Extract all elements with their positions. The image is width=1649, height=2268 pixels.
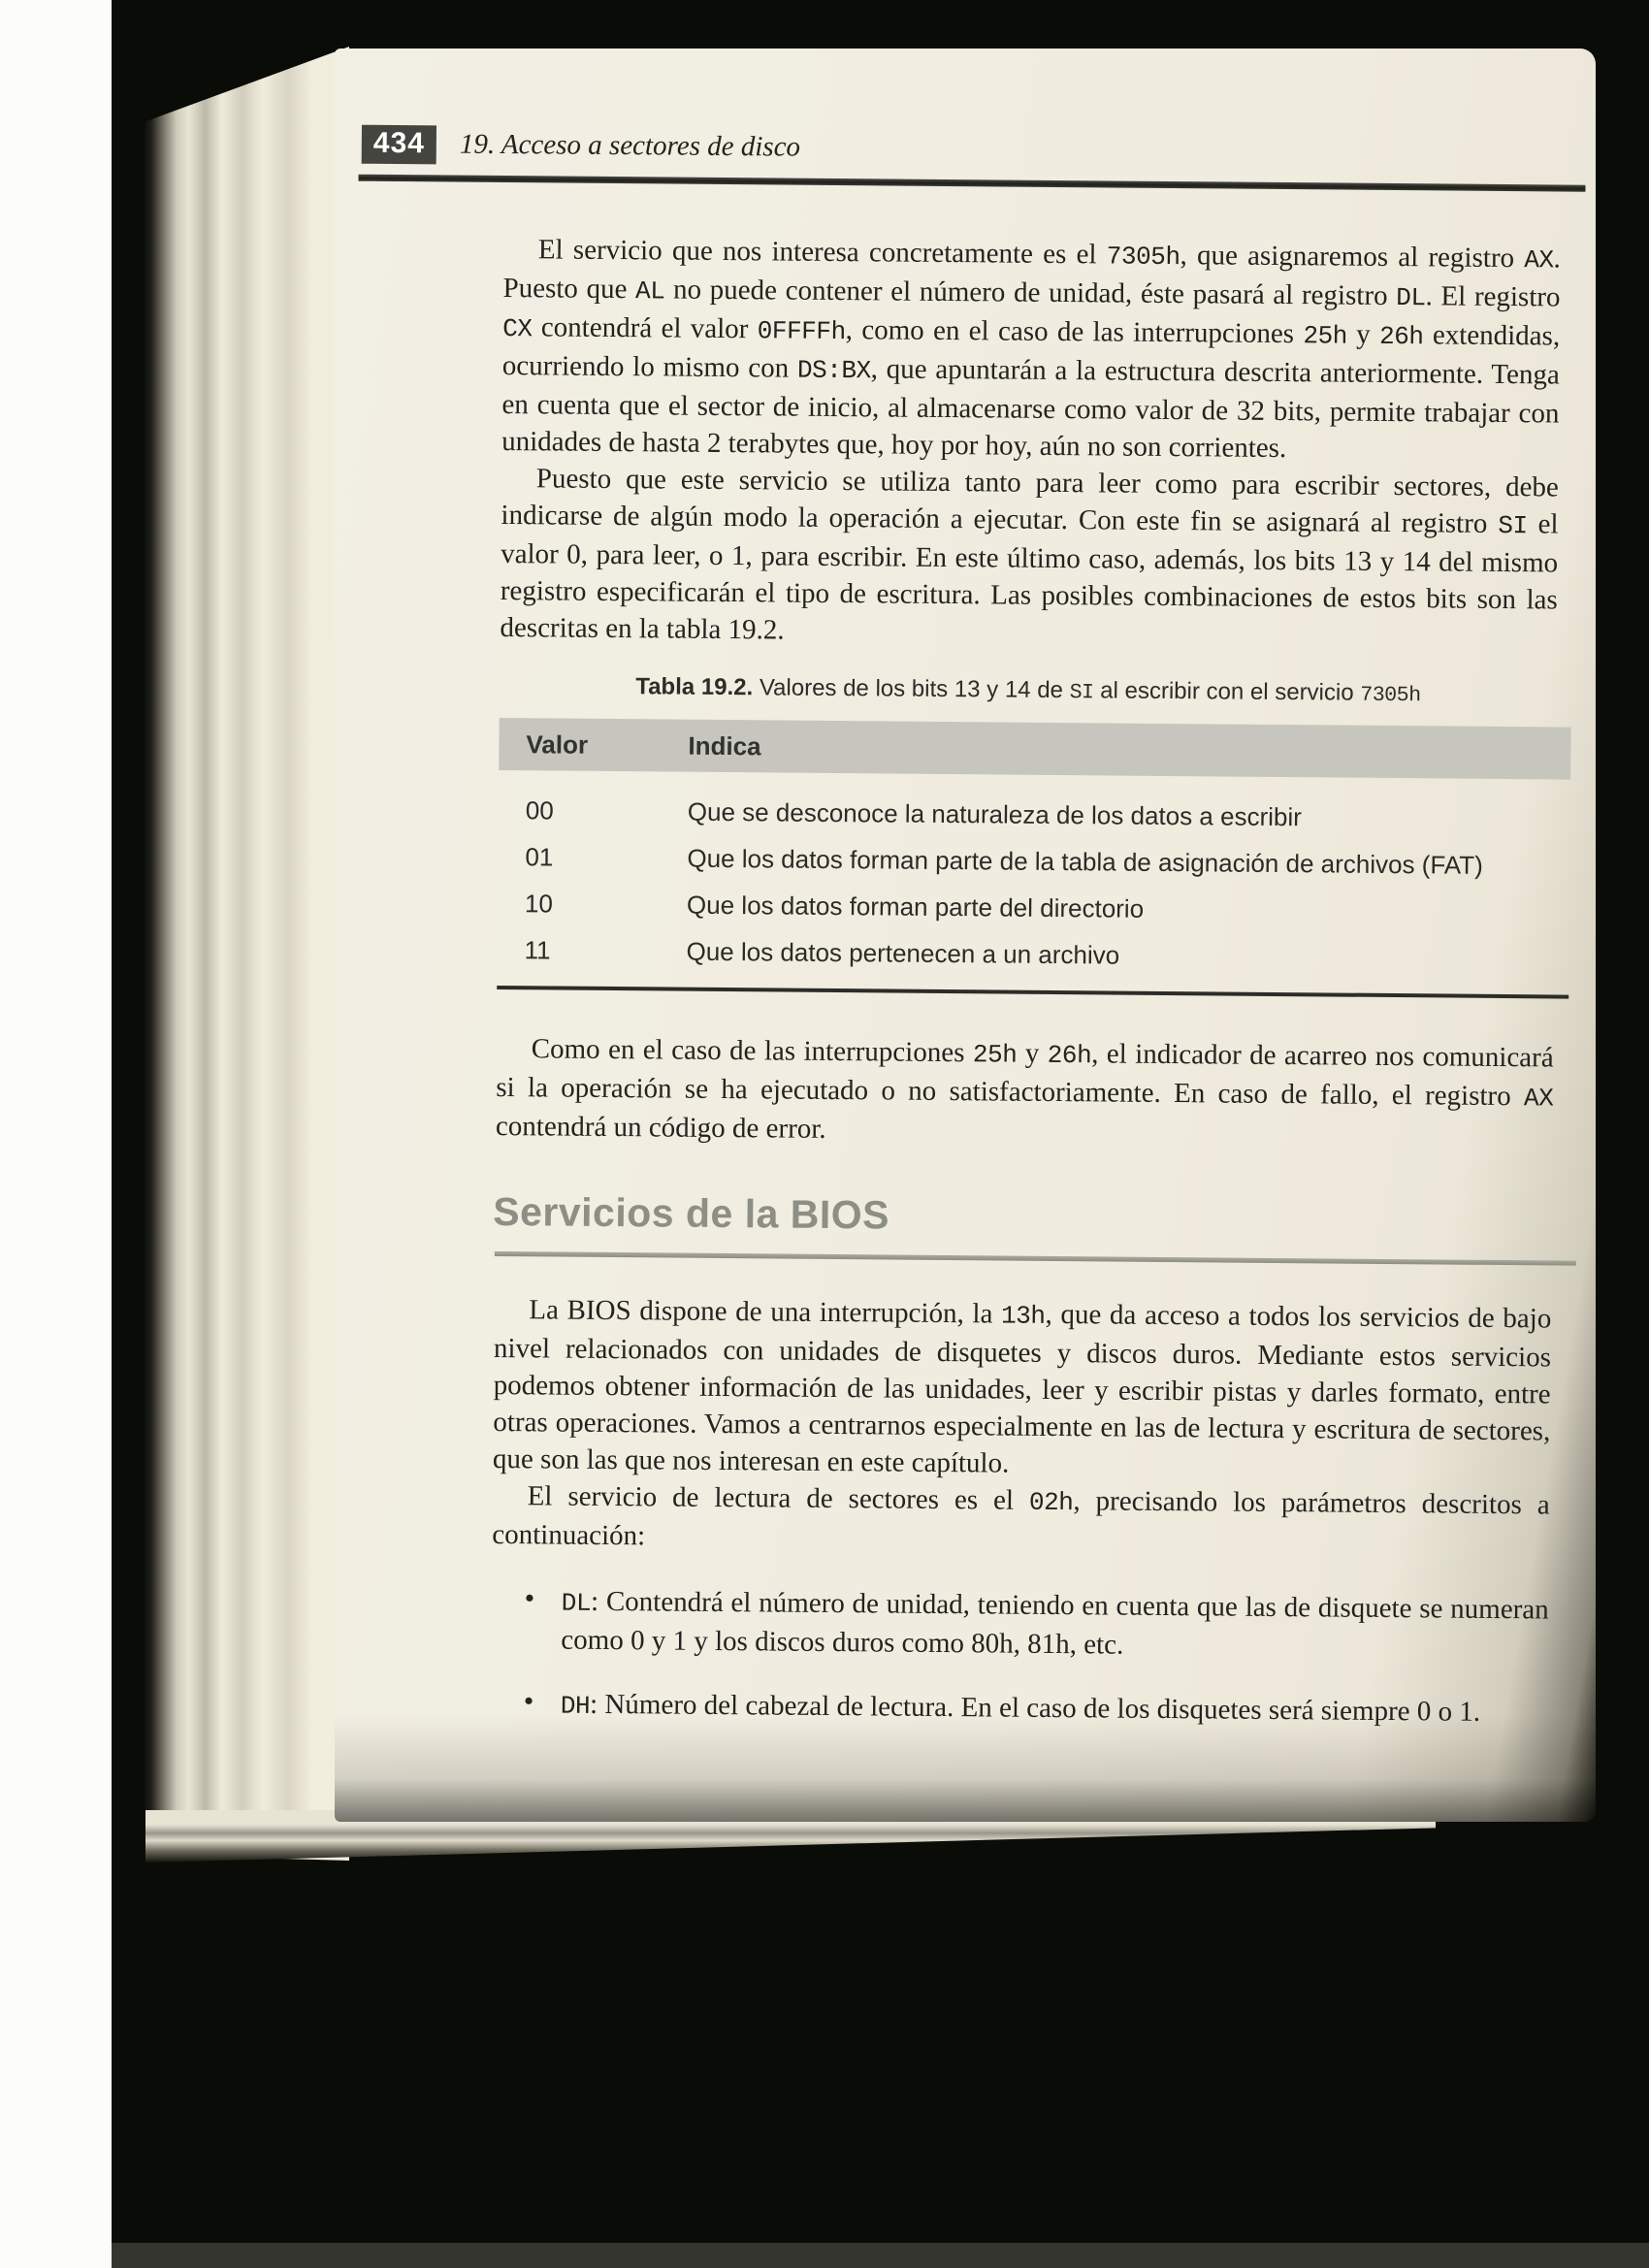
paragraph-carry-flag: Como en el caso de las interrupciones 25… — [496, 1030, 1554, 1154]
table-caption: Tabla 19.2. Valores de los bits 13 y 14 … — [500, 671, 1557, 712]
page-content: 434 19. Acceso a sectores de disco El se… — [491, 126, 1562, 1733]
table-cell-desc: Que los datos forman parte de la tabla d… — [687, 844, 1569, 881]
paragraph-service-02h: El servicio de lectura de sectores es el… — [492, 1477, 1550, 1563]
table-cell-value: 01 — [525, 842, 687, 872]
parameter-bullet-list: • DL: Contendrá el número de unidad, ten… — [491, 1582, 1549, 1733]
table-cell-value: 11 — [524, 935, 686, 965]
scanned-book-page: { "header": { "page_number": "434", "cha… — [0, 0, 1649, 2268]
paragraph-service-7305h: El servicio que nos interesa concretamen… — [501, 231, 1561, 470]
bullet-item-dl: • DL: Contendrá el número de unidad, ten… — [491, 1582, 1549, 1668]
page-edge-stack — [144, 39, 349, 1861]
table-caption-text: Valores de los bits 13 y 14 de SI al esc… — [753, 674, 1421, 706]
bullet-text: DL: Contendrá el número de unidad, tenie… — [561, 1586, 1549, 1661]
bullet-text: DH: Número del cabezal de lectura. En el… — [561, 1689, 1481, 1728]
scanner-bed-strip — [0, 0, 112, 2268]
paragraph-bios-intro: La BIOS dispone de una interrupción, la … — [493, 1291, 1552, 1487]
section-heading-rule — [495, 1251, 1576, 1266]
table-header-row: Valor Indica — [499, 718, 1570, 780]
table-row: 00 Que se desconoce la naturaleza de los… — [499, 795, 1570, 834]
table-bottom-rule — [497, 986, 1568, 999]
column-header-valor: Valor — [526, 729, 688, 761]
table-cell-desc: Que los datos forman parte del directori… — [687, 891, 1569, 927]
running-header: 434 19. Acceso a sectores de disco — [362, 125, 1562, 175]
scan-bottom-band — [112, 2243, 1649, 2268]
table-cell-desc: Que los datos pertenecen a un archivo — [686, 937, 1568, 974]
paragraph-read-write-bits: Puesto que este servicio se utiliza tant… — [500, 460, 1559, 656]
chapter-title: 19. Acceso a sectores de disco — [460, 128, 800, 164]
bullet-icon: • — [524, 1683, 534, 1720]
table-caption-number: Tabla 19.2. — [635, 673, 753, 700]
table-row: 11 Que los datos pertenecen a un archivo — [497, 935, 1568, 974]
table-cell-value: 10 — [525, 889, 687, 919]
bullet-icon: • — [525, 1580, 535, 1617]
header-rule — [358, 175, 1585, 192]
section-heading-servicios-bios: Servicios de la BIOS — [493, 1189, 1552, 1244]
table-row: 10 Que los datos forman parte del direct… — [498, 889, 1569, 927]
book-page: 434 19. Acceso a sectores de disco El se… — [335, 49, 1596, 1822]
column-header-indica: Indica — [688, 730, 760, 761]
bullet-item-dh: • DH: Número del cabezal de lectura. En … — [491, 1685, 1548, 1733]
table-cell-desc: Que se desconoce la naturaleza de los da… — [688, 797, 1570, 834]
table-cell-value: 00 — [526, 795, 688, 826]
table-row: 01 Que los datos forman parte de la tabl… — [498, 842, 1569, 881]
table-19-2: Valor Indica 00 Que se desconoce la natu… — [497, 718, 1570, 999]
page-number-badge: 434 — [362, 125, 436, 165]
